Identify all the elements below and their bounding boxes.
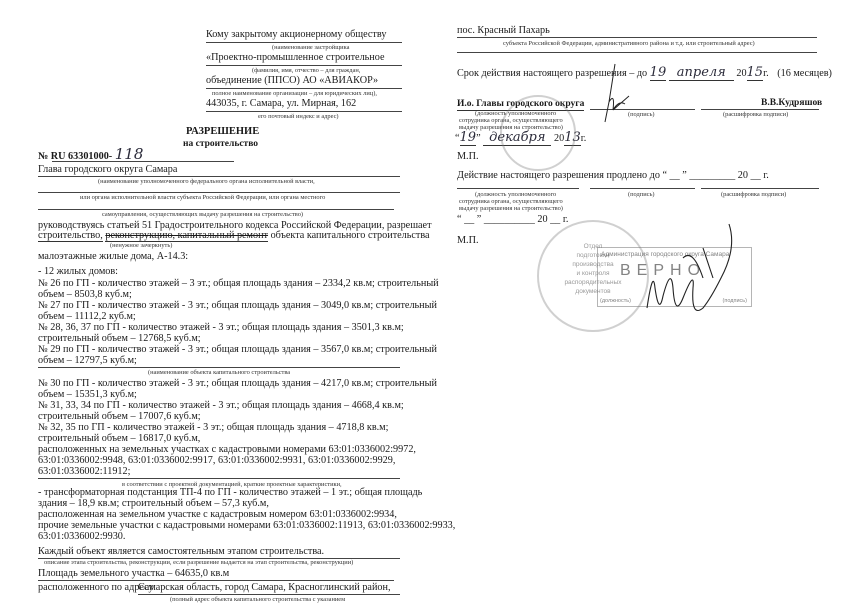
underline	[457, 52, 817, 53]
signature-1-icon	[585, 62, 645, 132]
name-line	[701, 109, 819, 110]
seal-label: М.П.	[457, 151, 479, 163]
underline	[38, 580, 394, 581]
official-name: В.В.Кудряшов	[761, 97, 822, 109]
ext-seal-label: М.П.	[457, 235, 479, 247]
round-seal	[500, 95, 576, 171]
permit-stage-block: Каждый объект является самостоятельным э…	[0, 0, 425, 605]
validity-day: 19	[650, 65, 667, 81]
issue-day: 19	[460, 130, 477, 146]
ext-date: “ __ ” __________ 20 __ г.	[457, 214, 568, 226]
validity-year: 15	[747, 65, 764, 81]
stage-description: Каждый объект является самостоятельным э…	[38, 546, 324, 558]
address-caption: субъекта Российской Федерации, администр…	[503, 40, 755, 48]
validity-year-prefix: 20	[736, 68, 746, 79]
stamp-position-caption: (должность)	[600, 298, 631, 304]
address-caption: (полный адрес объекта капитального строи…	[170, 596, 345, 604]
signature-2-icon	[633, 218, 753, 328]
ext-signature-caption: (подпись)	[628, 191, 655, 199]
validity-year-suffix: г.	[763, 68, 769, 79]
address-label: расположенного по адресу	[38, 582, 154, 594]
ext-name-caption: (расшифровка подписи)	[721, 191, 786, 199]
validity-note: (16 месяцев)	[777, 68, 832, 79]
underline	[138, 594, 400, 595]
stage-caption: описание этапа строительства, реконструк…	[44, 559, 353, 567]
validity-month: апреля	[669, 65, 734, 81]
underline	[457, 37, 817, 38]
land-area: Площадь земельного участка – 64635,0 кв.…	[38, 568, 229, 580]
address-continuation: пос. Красный Пахарь	[457, 25, 550, 37]
name-caption: (расшифровка подписи)	[723, 111, 788, 119]
extension-line: Действие настоящего разрешения продлено …	[457, 170, 769, 182]
underline	[457, 188, 579, 189]
underline	[590, 188, 695, 189]
ext-official-caption-3: выдачу разрешения на строительство)	[459, 205, 563, 213]
issue-year-suffix: г.	[581, 133, 587, 144]
permit-page-right: пос. Красный Пахарь субъекта Российской …	[425, 0, 850, 605]
underline	[701, 188, 819, 189]
